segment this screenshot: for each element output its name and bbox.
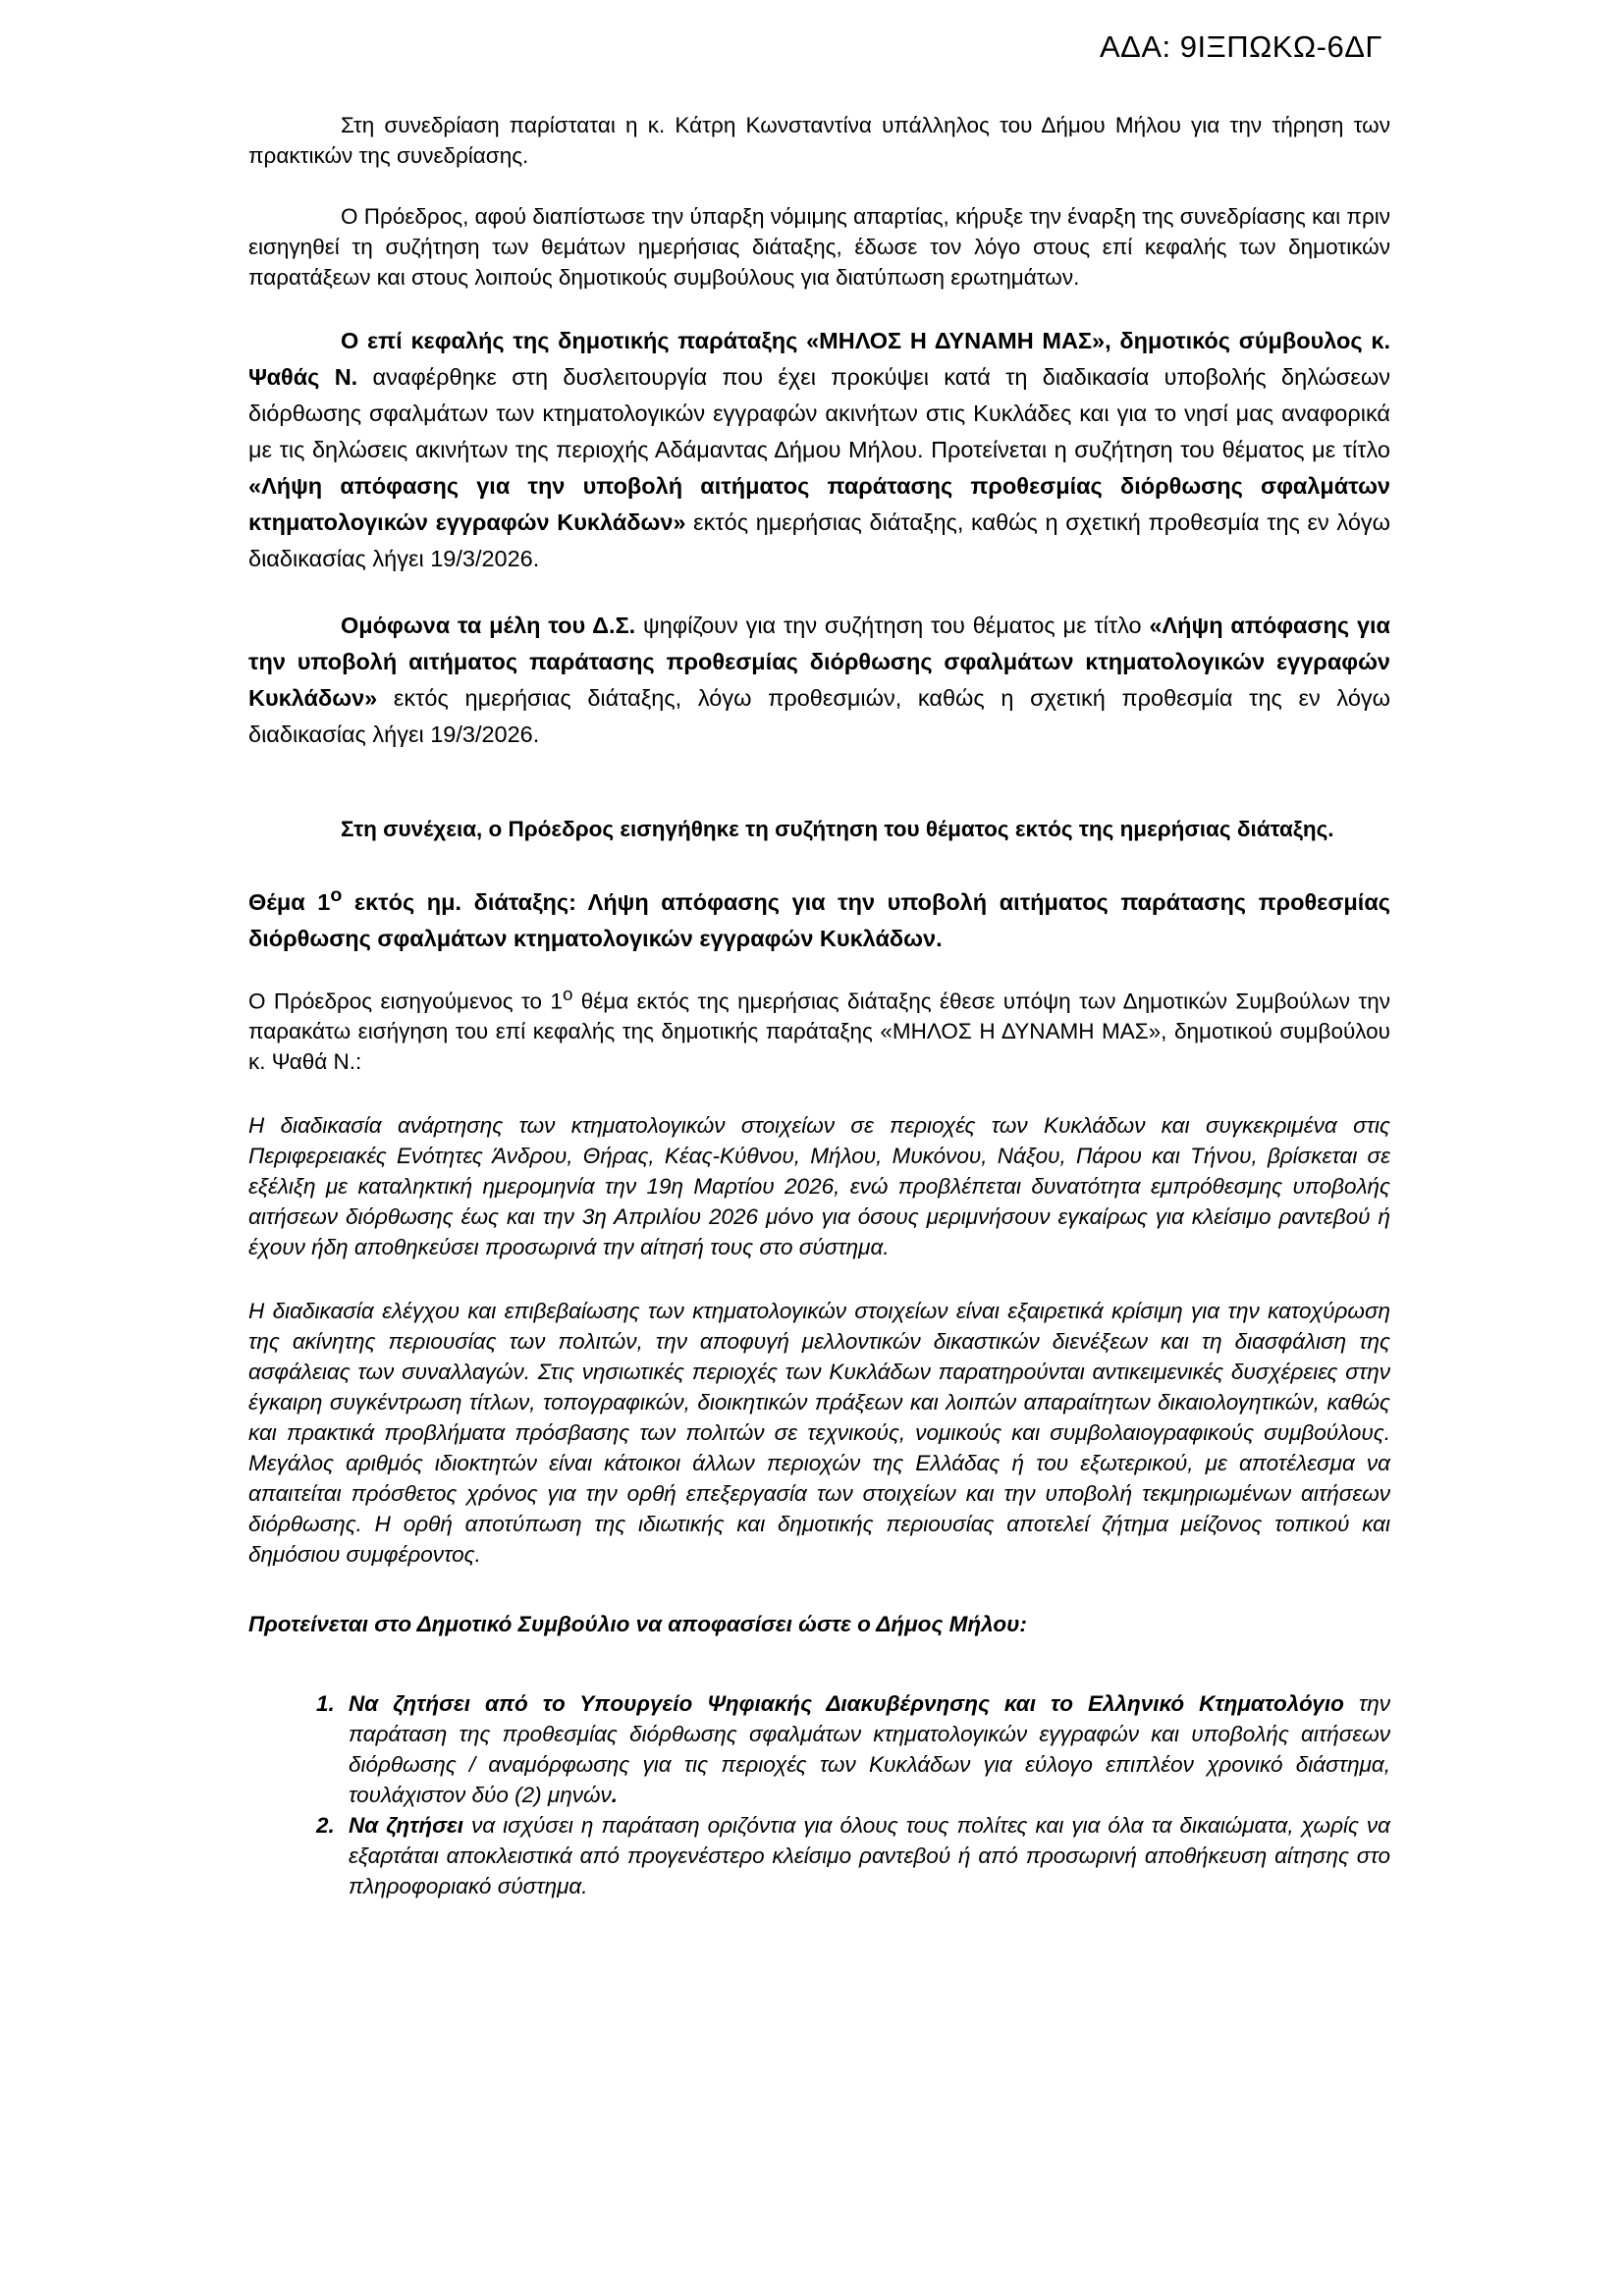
- vote-subject: Ομόφωνα τα μέλη του Δ.Σ.: [341, 613, 635, 638]
- vote-text: ψηφίζουν για την συζήτηση του θέματος με…: [635, 613, 1149, 638]
- topic-title-text: εκτός ημ. διάταξης: Λήψη απόφασης για τη…: [248, 889, 1390, 951]
- ada-code: ΑΔΑ: 9ΙΞΠΩΚΩ-6ΔΓ: [1100, 29, 1382, 65]
- proposal-item: Να ζητήσει από το Υπουργείο Ψηφιακής Δια…: [341, 1688, 1390, 1810]
- paragraph-attendance: Στη συνεδρίαση παρίσταται η κ. Κάτρη Κων…: [248, 110, 1390, 171]
- document-body: Στη συνεδρίαση παρίσταται η κ. Κάτρη Κων…: [248, 110, 1390, 1901]
- paragraph-verification-importance: Η διαδικασία ελέγχου και επιβεβαίωσης τω…: [248, 1296, 1390, 1570]
- paragraph-quorum: Ο Πρόεδρος, αφού διαπίστωσε την ύπαρξη ν…: [248, 201, 1390, 293]
- proposal-heading: Προτείνεται στο Δημοτικό Συμβούλιο να απ…: [248, 1609, 1390, 1639]
- paragraph-council-member-request: Ο επί κεφαλής της δημοτικής παράταξης «Μ…: [248, 323, 1390, 577]
- request-text: αναφέρθηκε στη δυσλειτουργία που έχει πρ…: [248, 364, 1390, 462]
- topic-heading: Θέμα 1ο εκτός ημ. διάταξης: Λήψη απόφαση…: [248, 878, 1390, 957]
- topic-ordinal: ο: [330, 884, 342, 906]
- paragraph-posting-process: Η διαδικασία ανάρτησης των κτηματολογικώ…: [248, 1110, 1390, 1262]
- paragraph-discussion-start: Στη συνέχεια, ο Πρόεδρος εισηγήθηκε τη σ…: [248, 814, 1390, 844]
- intro-text-a: Ο Πρόεδρος εισηγούμενος το 1: [248, 988, 563, 1013]
- intro-ordinal: ο: [563, 984, 572, 1004]
- vote-tail: εκτός ημερήσιας διάταξης, λόγω προθεσμιώ…: [248, 685, 1390, 747]
- paragraph-president-introduction: Ο Πρόεδρος εισηγούμενος το 1ο θέμα εκτός…: [248, 979, 1390, 1078]
- proposal-item-lead: Να ζητήσει: [349, 1813, 463, 1838]
- proposal-list: Να ζητήσει από το Υπουργείο Ψηφιακής Δια…: [248, 1688, 1390, 1901]
- topic-number: Θέμα 1: [248, 889, 330, 915]
- paragraph-unanimous-vote: Ομόφωνα τα μέλη του Δ.Σ. ψηφίζουν για τη…: [248, 608, 1390, 753]
- proposal-item-lead: Να ζητήσει από το Υπουργείο Ψηφιακής Δια…: [349, 1691, 1344, 1716]
- proposal-item-text: να ισχύσει η παράταση οριζόντια για όλου…: [463, 1813, 1287, 1838]
- proposal-item-tail: .: [612, 1783, 618, 1807]
- proposal-item: Να ζητήσει να ισχύσει η παράταση οριζόντ…: [341, 1810, 1390, 1901]
